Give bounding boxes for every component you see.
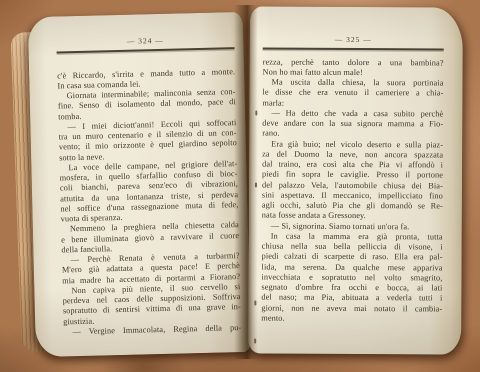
text-line: giorni, non ne aveva mai notato il cambi… [261, 303, 442, 314]
left-page: — 324 — c'è Riccardo, s'irrita e manda t… [28, 12, 251, 357]
text-line: piedi calzati di scarpette di raso. Ella… [262, 252, 443, 263]
left-page-lines: c'è Riccardo, s'irrita e manda tutto a m… [57, 67, 241, 338]
text-line: le disse che era venuto il cameriere a c… [262, 88, 443, 99]
right-page-number: — 325 — [263, 35, 444, 45]
left-page-number: — 324 — [56, 34, 234, 47]
text-line: del palazzo Vela, l'automobile chiusa de… [262, 180, 443, 191]
binding-stitch [255, 110, 257, 115]
text-line: rezza, perchè tanto dolore a una bambina… [263, 57, 444, 68]
right-page: — 325 — rezza, perchè tanto dolore a una… [248, 6, 463, 354]
right-page-text-block: — 325 — rezza, perchè tanto dolore a una… [261, 35, 444, 325]
text-line: — Sì, signorina. Siamo tornati un'ora fa… [262, 221, 443, 232]
text-line: Era già buio; nel vicolo deserto e sulla… [262, 139, 443, 150]
text-line: deve andare con la sua signora mamma a F… [262, 119, 443, 130]
right-page-lines: rezza, perchè tanto dolore a una bambina… [261, 57, 443, 324]
binding-stitch [254, 338, 256, 343]
signature-mark: 15 [427, 306, 433, 312]
left-page-text-block: — 324 — c'è Riccardo, s'irrita e manda t… [56, 34, 241, 337]
text-line: lida, ma serena. Da qualche mese appariv… [262, 262, 443, 273]
text-line: nata fosse andata a Gressoney. [262, 211, 443, 222]
text-line: mento. [261, 313, 442, 324]
binding-stitch [254, 300, 256, 305]
binding-stitch [255, 182, 257, 187]
book-photograph: — 324 — c'è Riccardo, s'irrita e manda t… [0, 0, 480, 372]
text-line: piedi fin sopra le caviglie. Presso il p… [262, 170, 443, 181]
left-header-rule [57, 47, 235, 53]
text-line: del naso; ma Pia, abituata a vederla tut… [261, 293, 442, 304]
right-header-rule [263, 48, 444, 51]
